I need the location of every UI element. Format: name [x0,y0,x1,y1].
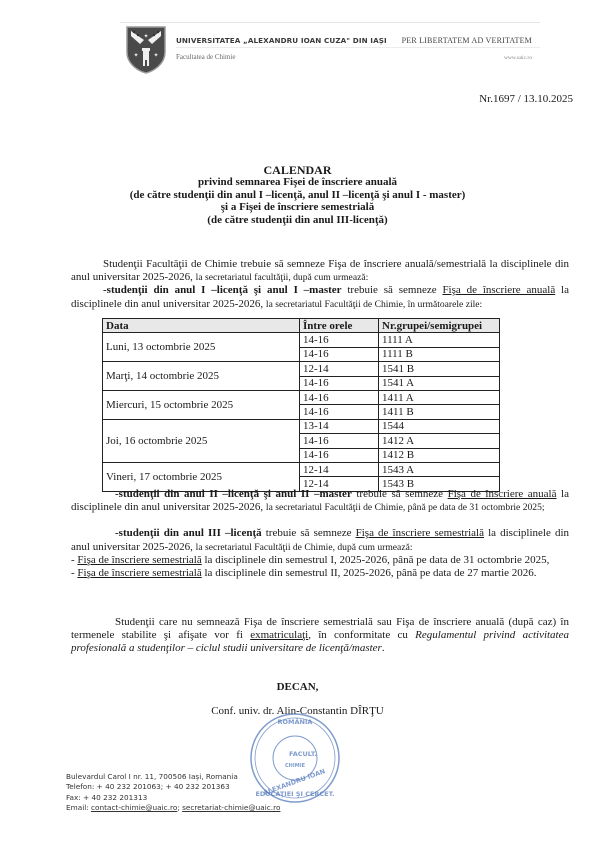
title-line: privind semnarea Fişei de înscriere anua… [60,176,535,188]
document-title: CALENDAR privind semnarea Fişei de înscr… [60,164,535,226]
email-label: Email: [66,803,91,812]
group-cell: 1541 B [379,362,500,376]
year3-item-sem2: - Fişa de înscriere semestrială la disci… [71,567,569,580]
hours-cell: 14-16 [300,405,379,419]
year1-text: la secretariatul Facultăţii de Chimie, î… [266,299,482,310]
university-crest-icon: ✦ ✦ ✦ [124,24,168,74]
date-cell: Marţi, 14 octombrie 2025 [103,362,300,391]
svg-text:FACULT.: FACULT. [289,750,317,758]
closing-text: Studenţii care nu semnează Fişa de înscr… [71,616,569,656]
year3-text: trebuie să semneze [262,527,356,539]
column-header-group: Nr.grupei/semigrupei [379,319,500,333]
table-row: Luni, 13 octombrie 202514-161111 A [103,333,500,347]
phone: Telefon: + 40 232 201063; + 40 232 20136… [66,782,280,792]
closing-paragraph: Studenţii care nu semnează Fişa de înscr… [71,616,569,656]
hours-cell: 14-16 [300,390,379,404]
hours-cell: 14-16 [300,347,379,361]
year2-paragraph: -studenţii din anul II –licenţă şi anul … [71,488,569,580]
table-row: Miercuri, 15 octombrie 202514-161411 A [103,390,500,404]
semester-form-link: Fişa de înscriere semestrială [77,554,201,566]
schedule-table: Data Între orele Nr.grupei/semigrupei Lu… [102,318,500,492]
date-cell: Miercuri, 15 octombrie 2025 [103,390,300,419]
date-cell: Luni, 13 octombrie 2025 [103,333,300,362]
schedule-table-body: Luni, 13 octombrie 202514-161111 A14-161… [103,333,500,491]
intro-text-b: la secretariatul facultăţii, după cum ur… [196,272,369,283]
university-name: UNIVERSITATEA „ALEXANDRU IOAN CUZA" DIN … [176,36,387,45]
header-divider [120,22,540,23]
date-cell: Joi, 16 octombrie 2025 [103,419,300,462]
closing-text-b: , în conformitate cu [308,629,415,641]
closing-text-c: . [382,642,385,654]
expelled-term: exmatriculaţi [250,629,308,641]
letterhead: ✦ ✦ ✦ UNIVERSITATEA „ALEXANDRU IOAN CUZA… [120,22,540,74]
group-cell: 1411 A [379,390,500,404]
year1-label: -studenţii din anul I –licenţă şi anul I… [103,284,342,296]
year2-text: trebuie să semneze [352,488,448,500]
title-line: (de către studenţii din anul III-licenţă… [60,214,535,226]
semester-form-link: Fişa de înscriere semestrială [356,527,484,539]
email-line: Email: contact-chimie@uaic.ro; secretari… [66,803,280,813]
item-text: la disciplinele din semestrul I, 2025-20… [202,554,550,566]
signature-title: DECAN, [0,681,595,693]
title-line: (de către studenţii din anul I –licenţă,… [60,189,535,201]
svg-text:CHIMIE: CHIMIE [285,763,306,769]
year2-label: -studenţii din anul II –licenţă şi anul … [115,488,352,500]
year3-label: -studenţii din anul III –licenţă [115,527,262,539]
hours-cell: 14-16 [300,376,379,390]
group-cell: 1541 A [379,376,500,390]
year3-item-sem1: - Fişa de înscriere semestrială la disci… [71,554,569,567]
hours-cell: 14-16 [300,448,379,462]
year3-instruction: -studenţii din anul III –licenţă trebuie… [71,527,569,553]
address: Bulevardul Carol I nr. 11, 700506 Iași, … [66,772,280,782]
svg-text:✦: ✦ [153,52,158,59]
group-cell: 1111 A [379,333,500,347]
hours-cell: 14-16 [300,434,379,448]
semester-form-link: Fişa de înscriere semestrială [77,567,201,579]
title-line: şi a Fişei de înscriere semestrială [60,201,535,213]
registration-number: Nr.1697 / 13.10.2025 [479,93,573,105]
header-divider [176,47,540,48]
table-row: Vineri, 17 octombrie 202512-141543 A [103,462,500,476]
hours-cell: 13-14 [300,419,379,433]
year2-text: la secretariatul Facultăţii de Chimie, p… [266,502,545,513]
year1-text: trebuie să semneze [342,284,443,296]
university-motto: PER LIBERTATEM AD VERITATEM [402,36,532,45]
intro-text: Studenţii Facultăţii de Chimie trebuie s… [71,258,569,284]
secretariat-email-link[interactable]: secretariat-chimie@uaic.ro [182,803,280,812]
year2-instruction: -studenţii din anul II –licenţă şi anul … [71,488,569,514]
group-cell: 1411 B [379,405,500,419]
fax: Fax: + 40 232 201313 [66,793,280,803]
year1-instruction: -studenţii din anul I –licenţă şi anul I… [71,284,569,310]
contact-footer: Bulevardul Carol I nr. 11, 700506 Iași, … [66,772,280,813]
contact-email-link[interactable]: contact-chimie@uaic.ro [91,803,177,812]
item-text: la disciplinele din semestrul II, 2025-2… [202,567,537,579]
year3-text: la secretariatul Facultăţii de Chimie, d… [196,542,413,553]
website-link[interactable]: www.uaic.ro [504,55,532,61]
annual-form-link: Fişa de înscriere anuală [448,488,557,500]
group-cell: 1544 [379,419,500,433]
title-main: CALENDAR [60,164,535,176]
table-row: Joi, 16 octombrie 202513-141544 [103,419,500,433]
svg-text:ROMÂNIA: ROMÂNIA [278,717,313,726]
hours-cell: 12-14 [300,362,379,376]
svg-text:✦: ✦ [143,33,148,40]
table-row: Marţi, 14 octombrie 202512-141541 B [103,362,500,376]
column-header-date: Data [103,319,300,333]
hours-cell: 12-14 [300,462,379,476]
faculty-name: Facultatea de Chimie [176,53,235,61]
svg-text:✦: ✦ [133,52,138,59]
group-cell: 1412 A [379,434,500,448]
hours-cell: 14-16 [300,333,379,347]
annual-form-link: Fişa de înscriere anuală [442,284,555,296]
date-cell: Vineri, 17 octombrie 2025 [103,462,300,491]
group-cell: 1111 B [379,347,500,361]
table-header-row: Data Între orele Nr.grupei/semigrupei [103,319,500,333]
intro-paragraph: Studenţii Facultăţii de Chimie trebuie s… [71,258,569,311]
group-cell: 1543 A [379,462,500,476]
column-header-hours: Între orele [300,319,379,333]
group-cell: 1412 B [379,448,500,462]
